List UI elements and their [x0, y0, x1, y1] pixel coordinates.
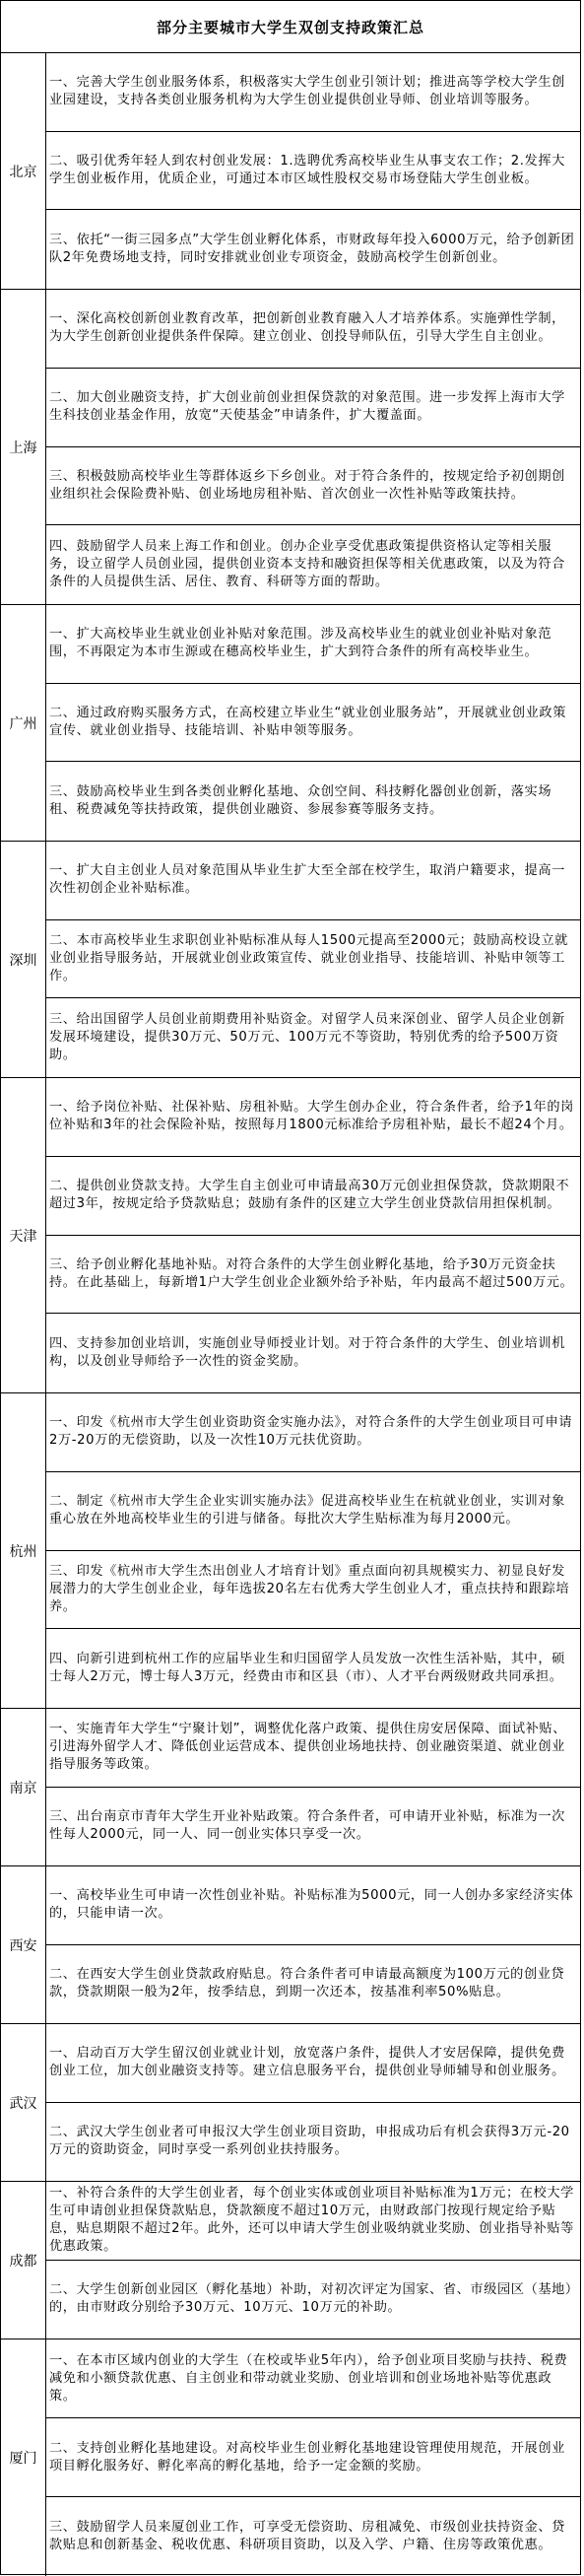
policy-list: 一、深化高校创新创业教育改革，把创新创业教育融入人才培养体系。实施弹性学制，为大…	[46, 290, 580, 604]
city-group: 南京一、实施青年大学生“宁聚计划”，调整优化落户政策、提供住房安居保障、面试补贴…	[1, 1709, 580, 1866]
policy-list: 一、在本市区域内创业的大学生（在校或毕业5年内），给予创业项目奖励与扶持、税费减…	[46, 2339, 580, 2576]
city-group: 西安一、高校毕业生可申请一次性创业补贴。补贴标准为5000元，同一人创办多家经济…	[1, 1866, 580, 2024]
policy-item: 四、鼓励留学人员来上海工作和创业。创办企业享受优惠政策提供资格认定等相关服务，设…	[46, 525, 580, 604]
city-name: 武汉	[1, 2024, 46, 2181]
policy-list: 一、补符合条件的大学生创业者，每个创业实体或创业项目补贴标准为1万元；在校大学生…	[46, 2182, 580, 2339]
city-group: 成都一、补符合条件的大学生创业者，每个创业实体或创业项目补贴标准为1万元；在校大…	[1, 2182, 580, 2339]
city-group: 北京一、完善大学生创业服务体系，积极落实大学生创业引领计划；推进高等学校大学生创…	[1, 53, 580, 290]
policy-list: 一、完善大学生创业服务体系，积极落实大学生创业引领计划；推进高等学校大学生创业园…	[46, 53, 580, 289]
policy-item: 四、支持参加创业培训，实施创业导师授业计划。对于符合条件的大学生、创业培训机构，…	[46, 1314, 580, 1392]
policy-list: 一、实施青年大学生“宁聚计划”，调整优化落户政策、提供住房安居保障、面试补贴、引…	[46, 1709, 580, 1865]
policy-item: 三、给出国留学人员创业前期费用补贴资金。对留学人员来深创业、留学人员企业创新发展…	[46, 998, 580, 1077]
policy-item: 三、积极鼓励高校毕业生等群体返乡下乡创业。对于符合条件的，按规定给予初创期创业组…	[46, 447, 580, 526]
city-group: 杭州一、印发《杭州市大学生创业资助资金实施办法》，对符合条件的大学生创业项目可申…	[1, 1393, 580, 1709]
policy-item: 二、支持创业孵化基地建设。对高校毕业生创业孵化基地建设管理使用规范，开展创业项目…	[46, 2418, 580, 2497]
policy-list: 一、启动百万大学生留汉创业就业计划，放宽落户条件，提供人才安居保障，提供免费创业…	[46, 2024, 580, 2181]
policy-item: 一、补符合条件的大学生创业者，每个创业实体或创业项目补贴标准为1万元；在校大学生…	[46, 2182, 580, 2261]
policy-item: 二、本市高校毕业生求职创业补贴标准从每人1500元提高至2000元；鼓励高校设立…	[46, 920, 580, 999]
city-name: 上海	[1, 290, 46, 604]
policy-item: 一、扩大自主创业人员对象范围从毕业生扩大至全部在校学生，取消户籍要求，提高一次性…	[46, 842, 580, 920]
policy-item: 一、完善大学生创业服务体系，积极落实大学生创业引领计划；推进高等学校大学生创业园…	[46, 53, 580, 132]
policy-item: 一、深化高校创新创业教育改革，把创新创业教育融入人才培养体系。实施弹性学制，为大…	[46, 290, 580, 369]
policy-table: 部分主要城市大学生双创支持政策汇总 北京一、完善大学生创业服务体系，积极落实大学…	[0, 0, 581, 2575]
city-group: 深圳一、扩大自主创业人员对象范围从毕业生扩大至全部在校学生，取消户籍要求，提高一…	[1, 842, 580, 1078]
policy-list: 一、扩大自主创业人员对象范围从毕业生扩大至全部在校学生，取消户籍要求，提高一次性…	[46, 842, 580, 1077]
policy-item: 二、吸引优秀年轻人到农村创业发展：1.选聘优秀高校毕业生从事支农工作；2.发挥大…	[46, 132, 580, 211]
city-group: 武汉一、启动百万大学生留汉创业就业计划，放宽落户条件，提供人才安居保障，提供免费…	[1, 2024, 580, 2182]
city-name: 杭州	[1, 1393, 46, 1708]
policy-list: 一、给予岗位补贴、社保补贴、房租补贴。大学生创办企业，符合条件者，给予1年的岗位…	[46, 1078, 580, 1392]
policy-item: 一、高校毕业生可申请一次性创业补贴。补贴标准为5000元，同一人创办多家经济实体…	[46, 1866, 580, 1945]
policy-item: 四、向新引进到杭州工作的应届毕业生和归国留学人员发放一次性生活补贴，其中，硕士每…	[46, 1629, 580, 1708]
city-name: 深圳	[1, 842, 46, 1077]
table-title: 部分主要城市大学生双创支持政策汇总	[1, 1, 580, 53]
policy-item: 三、给予创业孵化基地补贴。对符合条件的大学生创业孵化基地，给予30万元资金扶持。…	[46, 1236, 580, 1315]
city-name: 广州	[1, 605, 46, 841]
city-name: 天津	[1, 1078, 46, 1392]
city-group: 厦门一、在本市区域内创业的大学生（在校或毕业5年内），给予创业项目奖励与扶持、税…	[1, 2339, 580, 2576]
policy-item: 一、给予岗位补贴、社保补贴、房租补贴。大学生创办企业，符合条件者，给予1年的岗位…	[46, 1078, 580, 1157]
policy-item: 二、提供创业贷款支持。大学生自主创业可申请最高30万元创业担保贷款，贷款期限不超…	[46, 1157, 580, 1236]
policy-item: 一、启动百万大学生留汉创业就业计划，放宽落户条件，提供人才安居保障，提供免费创业…	[46, 2024, 580, 2103]
policy-item: 二、制定《杭州市大学生企业实训实施办法》促进高校毕业生在杭就业创业，实训对象重心…	[46, 1472, 580, 1551]
city-name: 西安	[1, 1866, 46, 2023]
policy-item: 三、出台南京市青年大学生开业补贴政策。符合条件者，可申请开业补贴，标准为一次性每…	[46, 1788, 580, 1866]
policy-item: 三、鼓励留学人员来厦创业工作，可享受无偿资助、房租减免、市级创业扶持资金、贷款贴…	[46, 2497, 580, 2576]
city-name: 成都	[1, 2182, 46, 2339]
city-group: 天津一、给予岗位补贴、社保补贴、房租补贴。大学生创办企业，符合条件者，给予1年的…	[1, 1078, 580, 1393]
city-group: 广州一、扩大高校毕业生就业创业补贴对象范围。涉及高校毕业生的就业创业补贴对象范围…	[1, 605, 580, 842]
city-groups: 北京一、完善大学生创业服务体系，积极落实大学生创业引领计划；推进高等学校大学生创…	[1, 53, 580, 2576]
policy-item: 二、大学生创新创业园区（孵化基地）补助，对初次评定为国家、省、市级园区（基地）的…	[46, 2261, 580, 2339]
policy-item: 一、实施青年大学生“宁聚计划”，调整优化落户政策、提供住房安居保障、面试补贴、引…	[46, 1709, 580, 1788]
city-group: 上海一、深化高校创新创业教育改革，把创新创业教育融入人才培养体系。实施弹性学制，…	[1, 290, 580, 605]
city-name: 南京	[1, 1709, 46, 1865]
policy-list: 一、扩大高校毕业生就业创业补贴对象范围。涉及高校毕业生的就业创业补贴对象范围，不…	[46, 605, 580, 841]
policy-list: 一、高校毕业生可申请一次性创业补贴。补贴标准为5000元，同一人创办多家经济实体…	[46, 1866, 580, 2023]
policy-item: 二、武汉大学生创业者可申报汉大学生创业项目资助，申报成功后有机会获得3万元-20…	[46, 2103, 580, 2182]
city-name: 北京	[1, 53, 46, 289]
policy-item: 三、印发《杭州市大学生杰出创业人才培育计划》重点面向初具规模实力、初显良好发展潜…	[46, 1551, 580, 1630]
policy-item: 二、通过政府购买服务方式，在高校建立毕业生“就业创业服务站”，开展就业创业政策宣…	[46, 684, 580, 763]
policy-item: 一、在本市区域内创业的大学生（在校或毕业5年内），给予创业项目奖励与扶持、税费减…	[46, 2339, 580, 2418]
policy-item: 二、加大创业融资支持，扩大创业前创业担保贷款的对象范围。进一步发挥上海市大学生科…	[46, 369, 580, 447]
policy-item: 三、鼓励高校毕业生到各类创业孵化基地、众创空间、科技孵化器创业创新，落实场租、税…	[46, 762, 580, 841]
policy-item: 三、依托“一街三园多点”大学生创业孵化体系，市财政每年投入6000万元，给予创新…	[46, 210, 580, 289]
policy-item: 一、印发《杭州市大学生创业资助资金实施办法》，对符合条件的大学生创业项目可申请2…	[46, 1393, 580, 1472]
policy-item: 一、扩大高校毕业生就业创业补贴对象范围。涉及高校毕业生的就业创业补贴对象范围，不…	[46, 605, 580, 684]
policy-item: 二、在西安大学生创业贷款政府贴息。符合条件者可申请最高额度为100万元的创业贷款…	[46, 1945, 580, 2024]
city-name: 厦门	[1, 2339, 46, 2576]
policy-list: 一、印发《杭州市大学生创业资助资金实施办法》，对符合条件的大学生创业项目可申请2…	[46, 1393, 580, 1708]
